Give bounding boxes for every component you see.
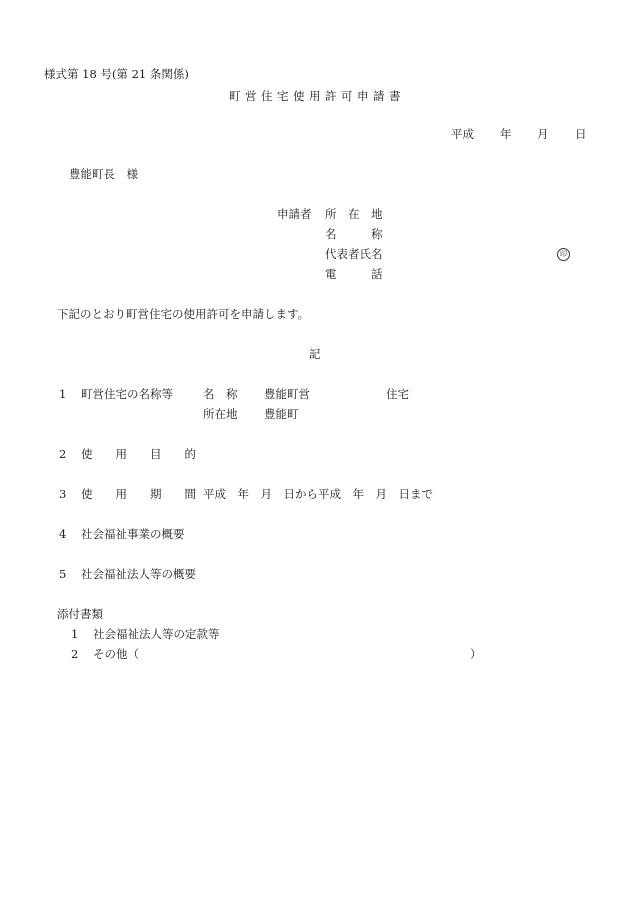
item-1-location-value: 豊能町 <box>264 407 299 421</box>
item-1-name-suffix: 住宅 <box>386 387 409 401</box>
item-3-period: 平成 年 月 日から平成 年 月 日まで <box>203 487 433 501</box>
seal-icon: 印 <box>557 248 570 261</box>
item-4-label: 社会福祉事業の概要 <box>81 527 185 541</box>
ki-heading: 記 <box>309 347 321 361</box>
item-2-label: 使 用 目 的 <box>81 447 196 461</box>
item-1-label: 町営住宅の名称等 <box>81 387 173 401</box>
form-number: 様式第 18 号(第 21 条関係) <box>44 67 189 81</box>
date-era: 平成 <box>451 127 474 141</box>
date-year-label: 年 <box>500 127 512 141</box>
applicant-phone-label: 電 話 <box>325 267 383 281</box>
attachment-1-label: 社会福祉法人等の定款等 <box>93 627 220 641</box>
applicant-address-label: 所 在 地 <box>325 207 383 221</box>
applicant-label: 申請者 <box>277 207 312 221</box>
applicant-name-label: 名 称 <box>325 227 383 241</box>
attachment-2-label: その他（ <box>93 647 139 661</box>
date-day-label: 日 <box>575 127 587 141</box>
item-2-number: 2 <box>59 447 66 461</box>
intro-text: 下記のとおり町営住宅の使用許可を申請します。 <box>57 307 309 321</box>
item-4-number: 4 <box>59 527 66 541</box>
item-5-number: 5 <box>59 567 66 581</box>
item-3-number: 3 <box>59 487 66 501</box>
item-1-name-value: 豊能町営 <box>264 387 310 401</box>
item-1-number: 1 <box>59 387 66 401</box>
item-3-label: 使 用 期 間 <box>81 487 196 501</box>
item-1-name-label: 名 称 <box>203 387 238 401</box>
attachments-heading: 添付書類 <box>57 607 103 621</box>
attachment-2-number: 2 <box>71 647 78 661</box>
applicant-representative-label: 代表者氏名 <box>325 247 383 261</box>
item-1-location-label: 所在地 <box>203 407 238 421</box>
page-title: 町営住宅使用許可申請書 <box>229 89 405 103</box>
date-month-label: 月 <box>537 127 549 141</box>
item-5-label: 社会福祉法人等の概要 <box>81 567 196 581</box>
attachment-1-number: 1 <box>71 627 78 641</box>
addressee: 豊能町長 様 <box>69 167 138 181</box>
attachment-2-close-paren: ） <box>470 647 482 661</box>
